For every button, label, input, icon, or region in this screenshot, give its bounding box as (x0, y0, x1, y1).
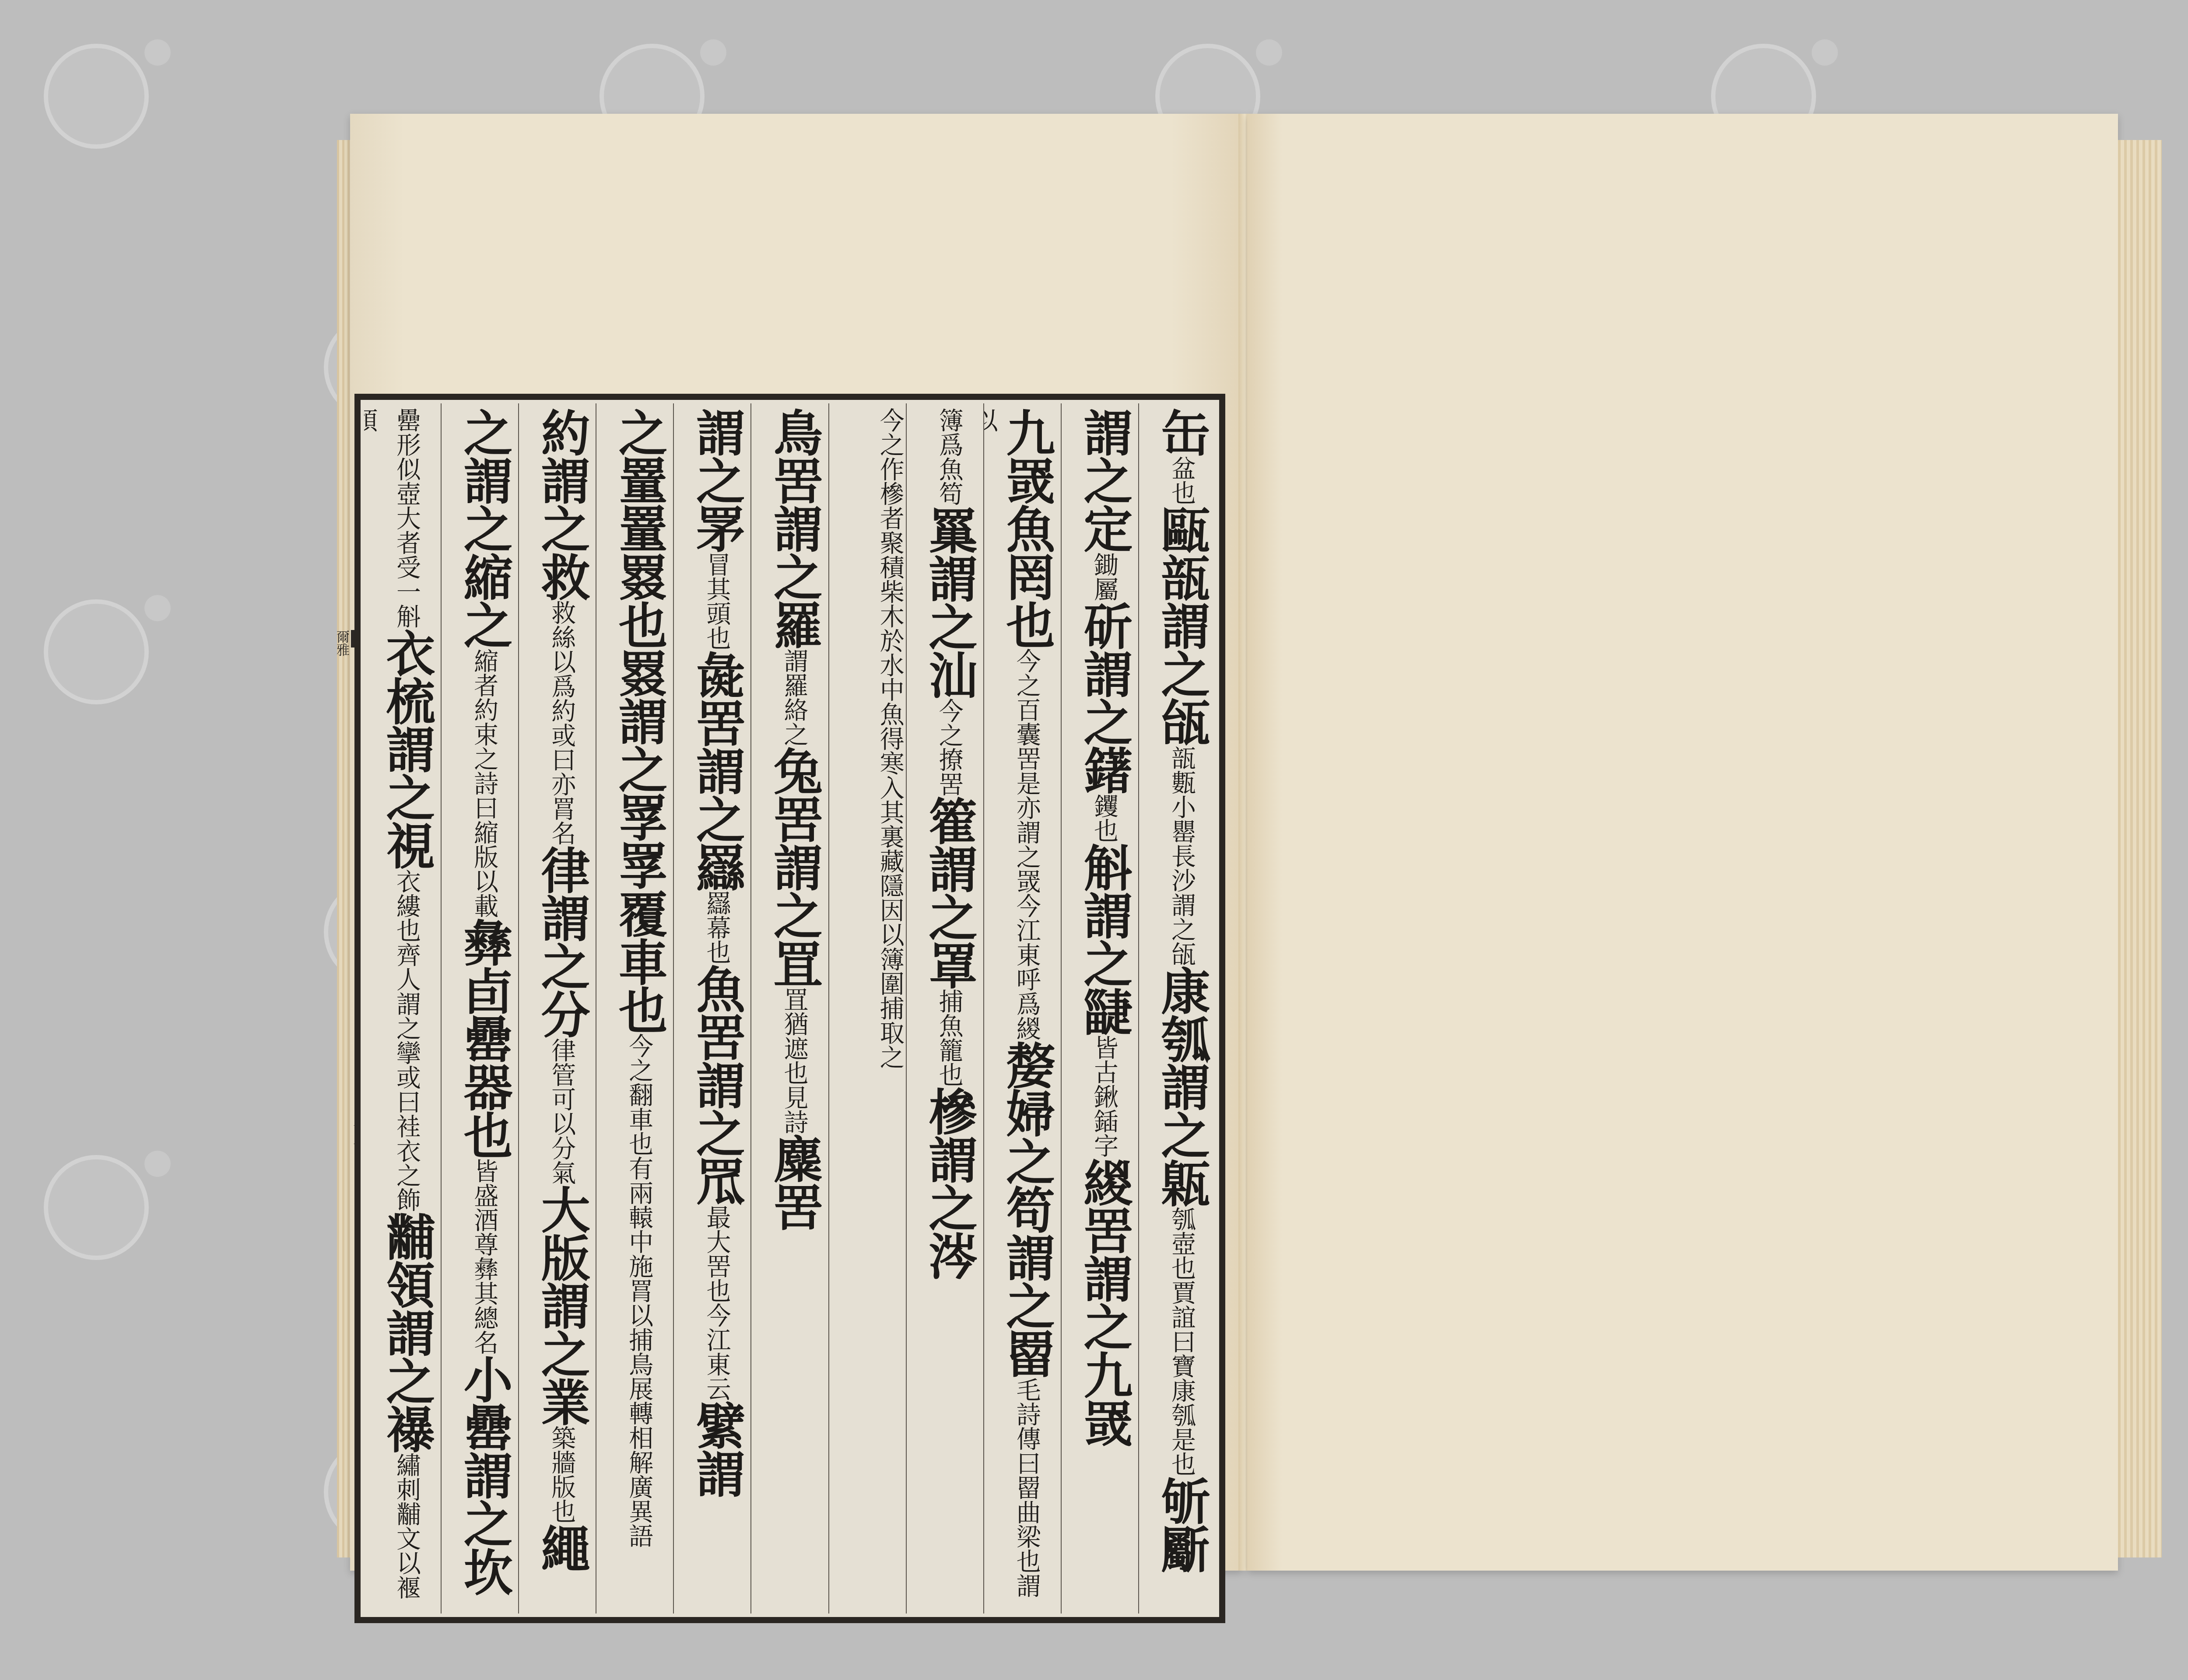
left-page-frame: 缶盆也甌瓿謂之瓵瓿甊小罌長沙謂之瓵康瓠謂之甈瓠壺也賈誼曰寶康瓠是也斪斸謂之定鋤屬… (354, 394, 1225, 1623)
main-text: 謂之罞 (688, 408, 745, 552)
text-column: 之謂之縮之縮者約束之詩曰縮版以載彝卣罍器也皆盛酒尊彝其總名小罍謂之坎 (441, 403, 518, 1613)
text-column: 九罭魚罔也今之百囊罟是亦謂之罭今江東呼爲緵嫠婦之笱謂之罶毛詩傳曰罶曲梁也謂以 (983, 403, 1061, 1613)
commentary-note: 今之翻車也有兩轅中施罥以捕鳥展轉相解廣異語 (625, 1033, 653, 1548)
watermark-logo-icon (44, 44, 149, 149)
main-text: 謂之定 (1076, 408, 1133, 552)
main-text: 繴謂 (688, 1401, 745, 1497)
main-text: 九罭魚罔也 (998, 408, 1055, 648)
commentary-note: 罝猶遮也見詩 (780, 987, 809, 1134)
main-text: 緵罟謂之九罭 (1076, 1158, 1133, 1446)
commentary-note: 盆也 (1168, 456, 1196, 505)
commentary-note: 救絲以爲約或曰亦罥名 (547, 600, 576, 845)
commentary-note: 皆古鍬鍤字 (1090, 1035, 1119, 1158)
watermark-logo-icon (44, 1155, 149, 1260)
main-text: 缶 (1153, 408, 1210, 456)
main-text: 甌瓿謂之瓵 (1153, 505, 1210, 745)
commentary-note: 瓠壺也賈誼曰寶康瓠是也 (1168, 1207, 1196, 1476)
right-fore-edge (2118, 140, 2162, 1557)
watermark-logo-icon (44, 599, 149, 704)
main-text: 之罿罿罬也罬謂之罦罦覆車也 (610, 408, 668, 1033)
text-column: 謂之定鋤屬斫謂之鐯钁也斛謂之疀皆古鍬鍤字緵罟謂之九罭 (1061, 403, 1138, 1613)
main-text: 魚罟謂之罛 (688, 964, 745, 1205)
commentary-note: 今之作槮者聚積柴木於水中魚得寒入其裏藏隱因以簿圍捕取之 (876, 408, 905, 1069)
main-text: 槮謂之涔 (921, 1087, 978, 1279)
left-text-columns: 缶盆也甌瓿謂之瓵瓿甊小罌長沙謂之瓵康瓠謂之甈瓠壺也賈誼曰寶康瓠是也斪斸謂之定鋤屬… (364, 403, 1216, 1613)
open-book: 爾雅 十二 缶盆也甌瓿謂之瓵瓿甊小罌長沙謂之瓵康瓠謂之甈瓠壺也賈誼曰寶康瓠是也斪… (350, 114, 2157, 1571)
text-column: 今之作槮者聚積柴木於水中魚得寒入其裏藏隱因以簿圍捕取之 (828, 403, 906, 1613)
main-text: 康瓠謂之甈 (1153, 966, 1210, 1207)
commentary-note: 今之撩罟 (935, 698, 964, 796)
main-text: 斛謂之疀 (1076, 843, 1133, 1035)
main-text: 彝卣罍器也 (456, 918, 513, 1158)
main-text: 罺謂之汕 (921, 506, 978, 698)
main-text: 繩 (533, 1523, 590, 1571)
main-text: 斫謂之鐯 (1076, 601, 1133, 794)
text-column: 約謂之救救絲以爲約或曰亦罥名律謂之分律管可以分氣大版謂之業築牆版也繩 (518, 403, 596, 1613)
main-text: 麋罟 (766, 1134, 823, 1230)
right-page: 道路道長一達謂之岐旁岐道旁出也三達謂之劇旁今南陽冠軍樂鄉數道交錯俗呼之五劇鄉四達… (1247, 114, 2118, 1571)
commentary-note: 冒其頭也 (702, 552, 731, 650)
main-text: 兔罟謂之罝 (766, 746, 823, 987)
commentary-note: 簿爲魚笱 (935, 408, 964, 506)
main-text: 鳥罟謂之羅 (766, 408, 823, 648)
main-text: 小罍謂之坎 (456, 1354, 513, 1595)
commentary-note: 钁也 (1090, 794, 1119, 843)
text-column: 謂之罞冒其頭也彘罟謂之羉羉幕也魚罟謂之罛最大罟也今江東云繴謂 (673, 403, 750, 1613)
main-text: 嫠婦之笱謂之罶 (998, 1040, 1055, 1377)
main-text: 篧謂之罩 (921, 796, 978, 989)
commentary-note: 罍形似壺大者受一斛 (393, 408, 421, 628)
commentary-note: 捕魚籠也 (935, 989, 964, 1087)
text-column: 之罿罿罬也罬謂之罦罦覆車也今之翻車也有兩轅中施罥以捕鳥展轉相解廣異語 (596, 403, 673, 1613)
left-page: 爾雅 十二 缶盆也甌瓿謂之瓵瓿甊小罌長沙謂之瓵康瓠謂之甈瓠壺也賈誼曰寶康瓠是也斪… (350, 114, 1243, 1571)
main-text: 斪斸 (1153, 1476, 1210, 1572)
commentary-note: 築牆版也 (547, 1425, 576, 1523)
commentary-note: 謂羅絡之 (780, 648, 809, 746)
main-text: 律謂之分 (533, 845, 590, 1038)
main-text: 黼領謂之襮 (378, 1212, 435, 1452)
commentary-note: 縮者約束之詩曰縮版以載 (470, 648, 498, 918)
text-column: 簿爲魚笱罺謂之汕今之撩罟篧謂之罩捕魚籠也槮謂之涔 (906, 403, 983, 1613)
main-text: 之謂之縮之 (456, 408, 513, 648)
text-column: 罍形似壺大者受一斛衣梳謂之視衣縷也齊人謂之攣或曰袿衣之飾黼領謂之襮繡刺黼文以褗領 (364, 403, 441, 1613)
commentary-note: 今之百囊罟是亦謂之罭今江東呼爲緵 (1013, 648, 1041, 1040)
text-column: 鳥罟謂之羅謂羅絡之兔罟謂之罝罝猶遮也見詩麋罟 (750, 403, 828, 1613)
commentary-note: 皆盛酒尊彝其總名 (470, 1158, 498, 1354)
main-text: 衣梳謂之視 (378, 628, 435, 869)
commentary-note: 羉幕也 (702, 891, 731, 964)
commentary-note: 最大罟也今江東云 (702, 1205, 731, 1401)
text-column: 缶盆也甌瓿謂之瓵瓿甊小罌長沙謂之瓵康瓠謂之甈瓠壺也賈誼曰寶康瓠是也斪斸 (1138, 403, 1216, 1613)
main-text: 約謂之救 (533, 408, 590, 600)
main-text: 彘罟謂之羉 (688, 650, 745, 891)
commentary-note: 律管可以分氣 (547, 1038, 576, 1185)
commentary-note: 瓿甊小罌長沙謂之瓵 (1168, 745, 1196, 966)
commentary-note: 鋤屬 (1090, 552, 1119, 601)
commentary-note: 衣縷也齊人謂之攣或曰袿衣之飾 (393, 869, 421, 1212)
main-text: 大版謂之業 (533, 1185, 590, 1425)
fold-title: 爾雅 (334, 630, 349, 656)
